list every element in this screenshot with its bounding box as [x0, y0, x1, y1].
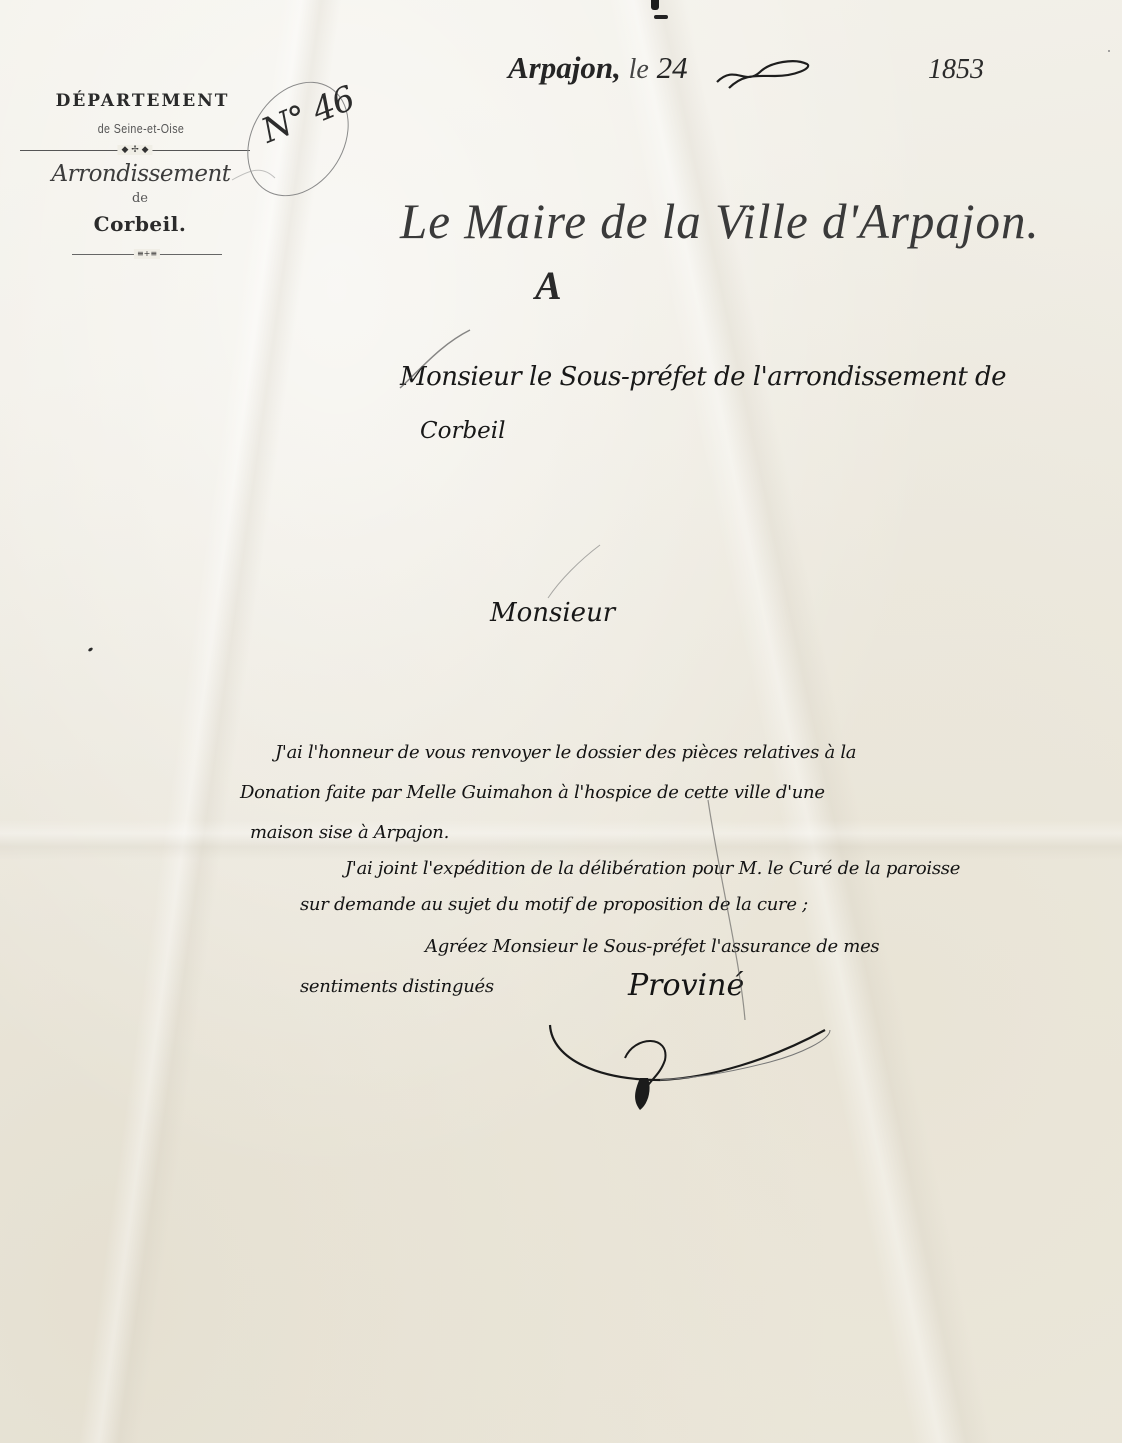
department-name: de Seine-et-Oise [52, 121, 231, 136]
arrondissement-label: Arrondissement [32, 161, 250, 187]
body-line: J'ai l'honneur de vous renvoyer le dossi… [275, 742, 856, 763]
ink-mark [651, 0, 659, 10]
letterhead-divider: ◆ ✢ ◆ [20, 150, 250, 151]
ink-speck [88, 647, 94, 652]
body-line: maison sise à Arpajon. [250, 822, 449, 843]
addressee-line-2: Corbeil [420, 418, 506, 444]
salutation: Monsieur [490, 598, 615, 628]
ornament-icon: ≡+≡ [134, 249, 160, 259]
ornament-icon: ◆ ✢ ◆ [117, 145, 152, 155]
letter-page: DÉPARTEMENT de Seine-et-Oise ◆ ✢ ◆ Arron… [0, 0, 1122, 1443]
letterhead: DÉPARTEMENT de Seine-et-Oise ◆ ✢ ◆ Arron… [20, 85, 250, 255]
ink-speck [1108, 50, 1110, 52]
date-year: 1853 [928, 54, 984, 86]
body-line: Donation faite par Melle Guimahon à l'ho… [240, 782, 825, 803]
signature: Proviné [628, 968, 744, 1003]
body-line: sentiments distingués [300, 976, 494, 997]
place-date: Arpajon, le 24 [508, 50, 688, 86]
signature-paraph-icon [540, 1020, 840, 1120]
month-flourish-icon [715, 54, 815, 94]
department-label: DÉPARTEMENT [35, 91, 250, 111]
date-day: 24 [657, 50, 688, 85]
paper-crease [0, 820, 1122, 860]
de-label: de [30, 191, 250, 206]
sender-a: A [535, 262, 562, 309]
body-line: Agréez Monsieur le Sous-préfet l'assuran… [425, 936, 879, 957]
sender-title: Le Maire de la Ville d'Arpajon. [400, 192, 1040, 250]
date-le: le [629, 54, 649, 85]
place-name: Arpajon, [508, 50, 621, 85]
ink-mark [654, 15, 668, 19]
body-line: sur demande au sujet du motif de proposi… [300, 894, 808, 915]
body-line: J'ai joint l'expédition de la délibérati… [345, 858, 960, 879]
arrondissement-name: Corbeil. [30, 212, 250, 236]
letterhead-divider-bottom: ≡+≡ [72, 254, 222, 255]
addressee-line-1: Monsieur le Sous-préfet de l'arrondissem… [400, 362, 1006, 392]
